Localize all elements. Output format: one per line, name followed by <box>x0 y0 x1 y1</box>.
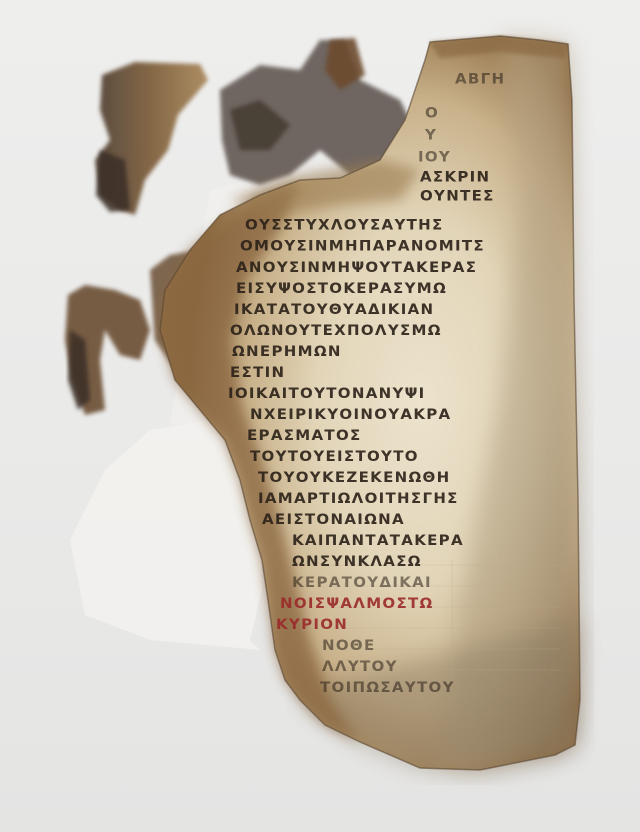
manuscript-photo: ΑΒΓΗΟΥΙΟΥΑΣΚΡΙΝΟΥΝΤΕΣΟΥΣΣΤΥΧΛΟΥΣΑΥΤΗΣΟΜΟ… <box>0 0 640 832</box>
parchment-fragment <box>0 0 640 832</box>
